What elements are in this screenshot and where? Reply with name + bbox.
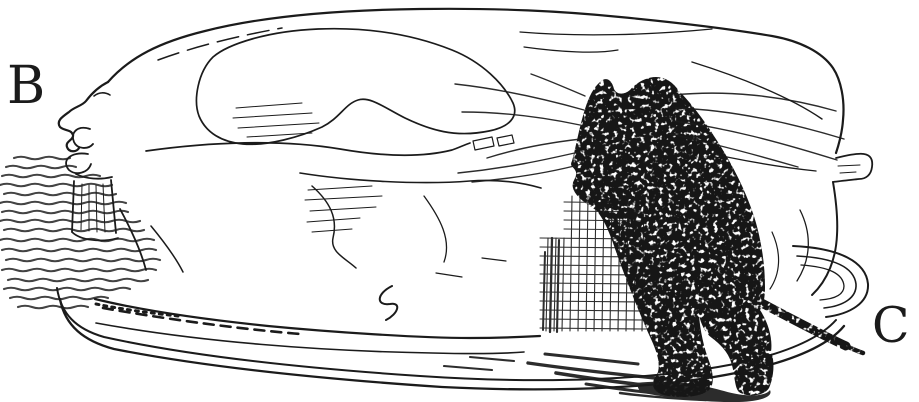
mouse-tail [756,300,863,353]
mouse-body [571,77,773,397]
mouse-silhouette [571,77,863,397]
figure-label-b: B [7,60,45,112]
cake-and-mouse-engraving [0,0,919,402]
left-hatch-shading [0,157,160,309]
stick [833,154,872,182]
figure-label-c: C [872,301,910,350]
icing-blob [197,29,515,145]
engraving-scene: B C [0,0,919,402]
